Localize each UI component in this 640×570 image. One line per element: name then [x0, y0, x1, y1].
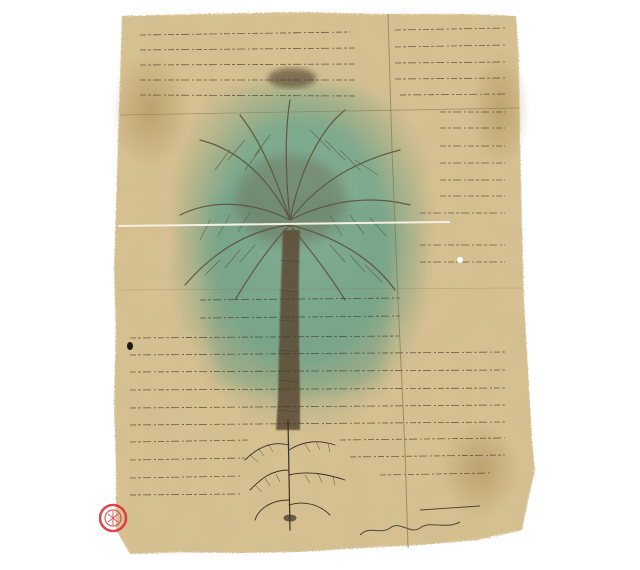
- ink-blot: [127, 342, 133, 350]
- paper-hole: [457, 257, 463, 263]
- artwork-canvas: [0, 0, 640, 570]
- green-wash: [174, 68, 428, 432]
- manuscript-artwork: [0, 0, 640, 570]
